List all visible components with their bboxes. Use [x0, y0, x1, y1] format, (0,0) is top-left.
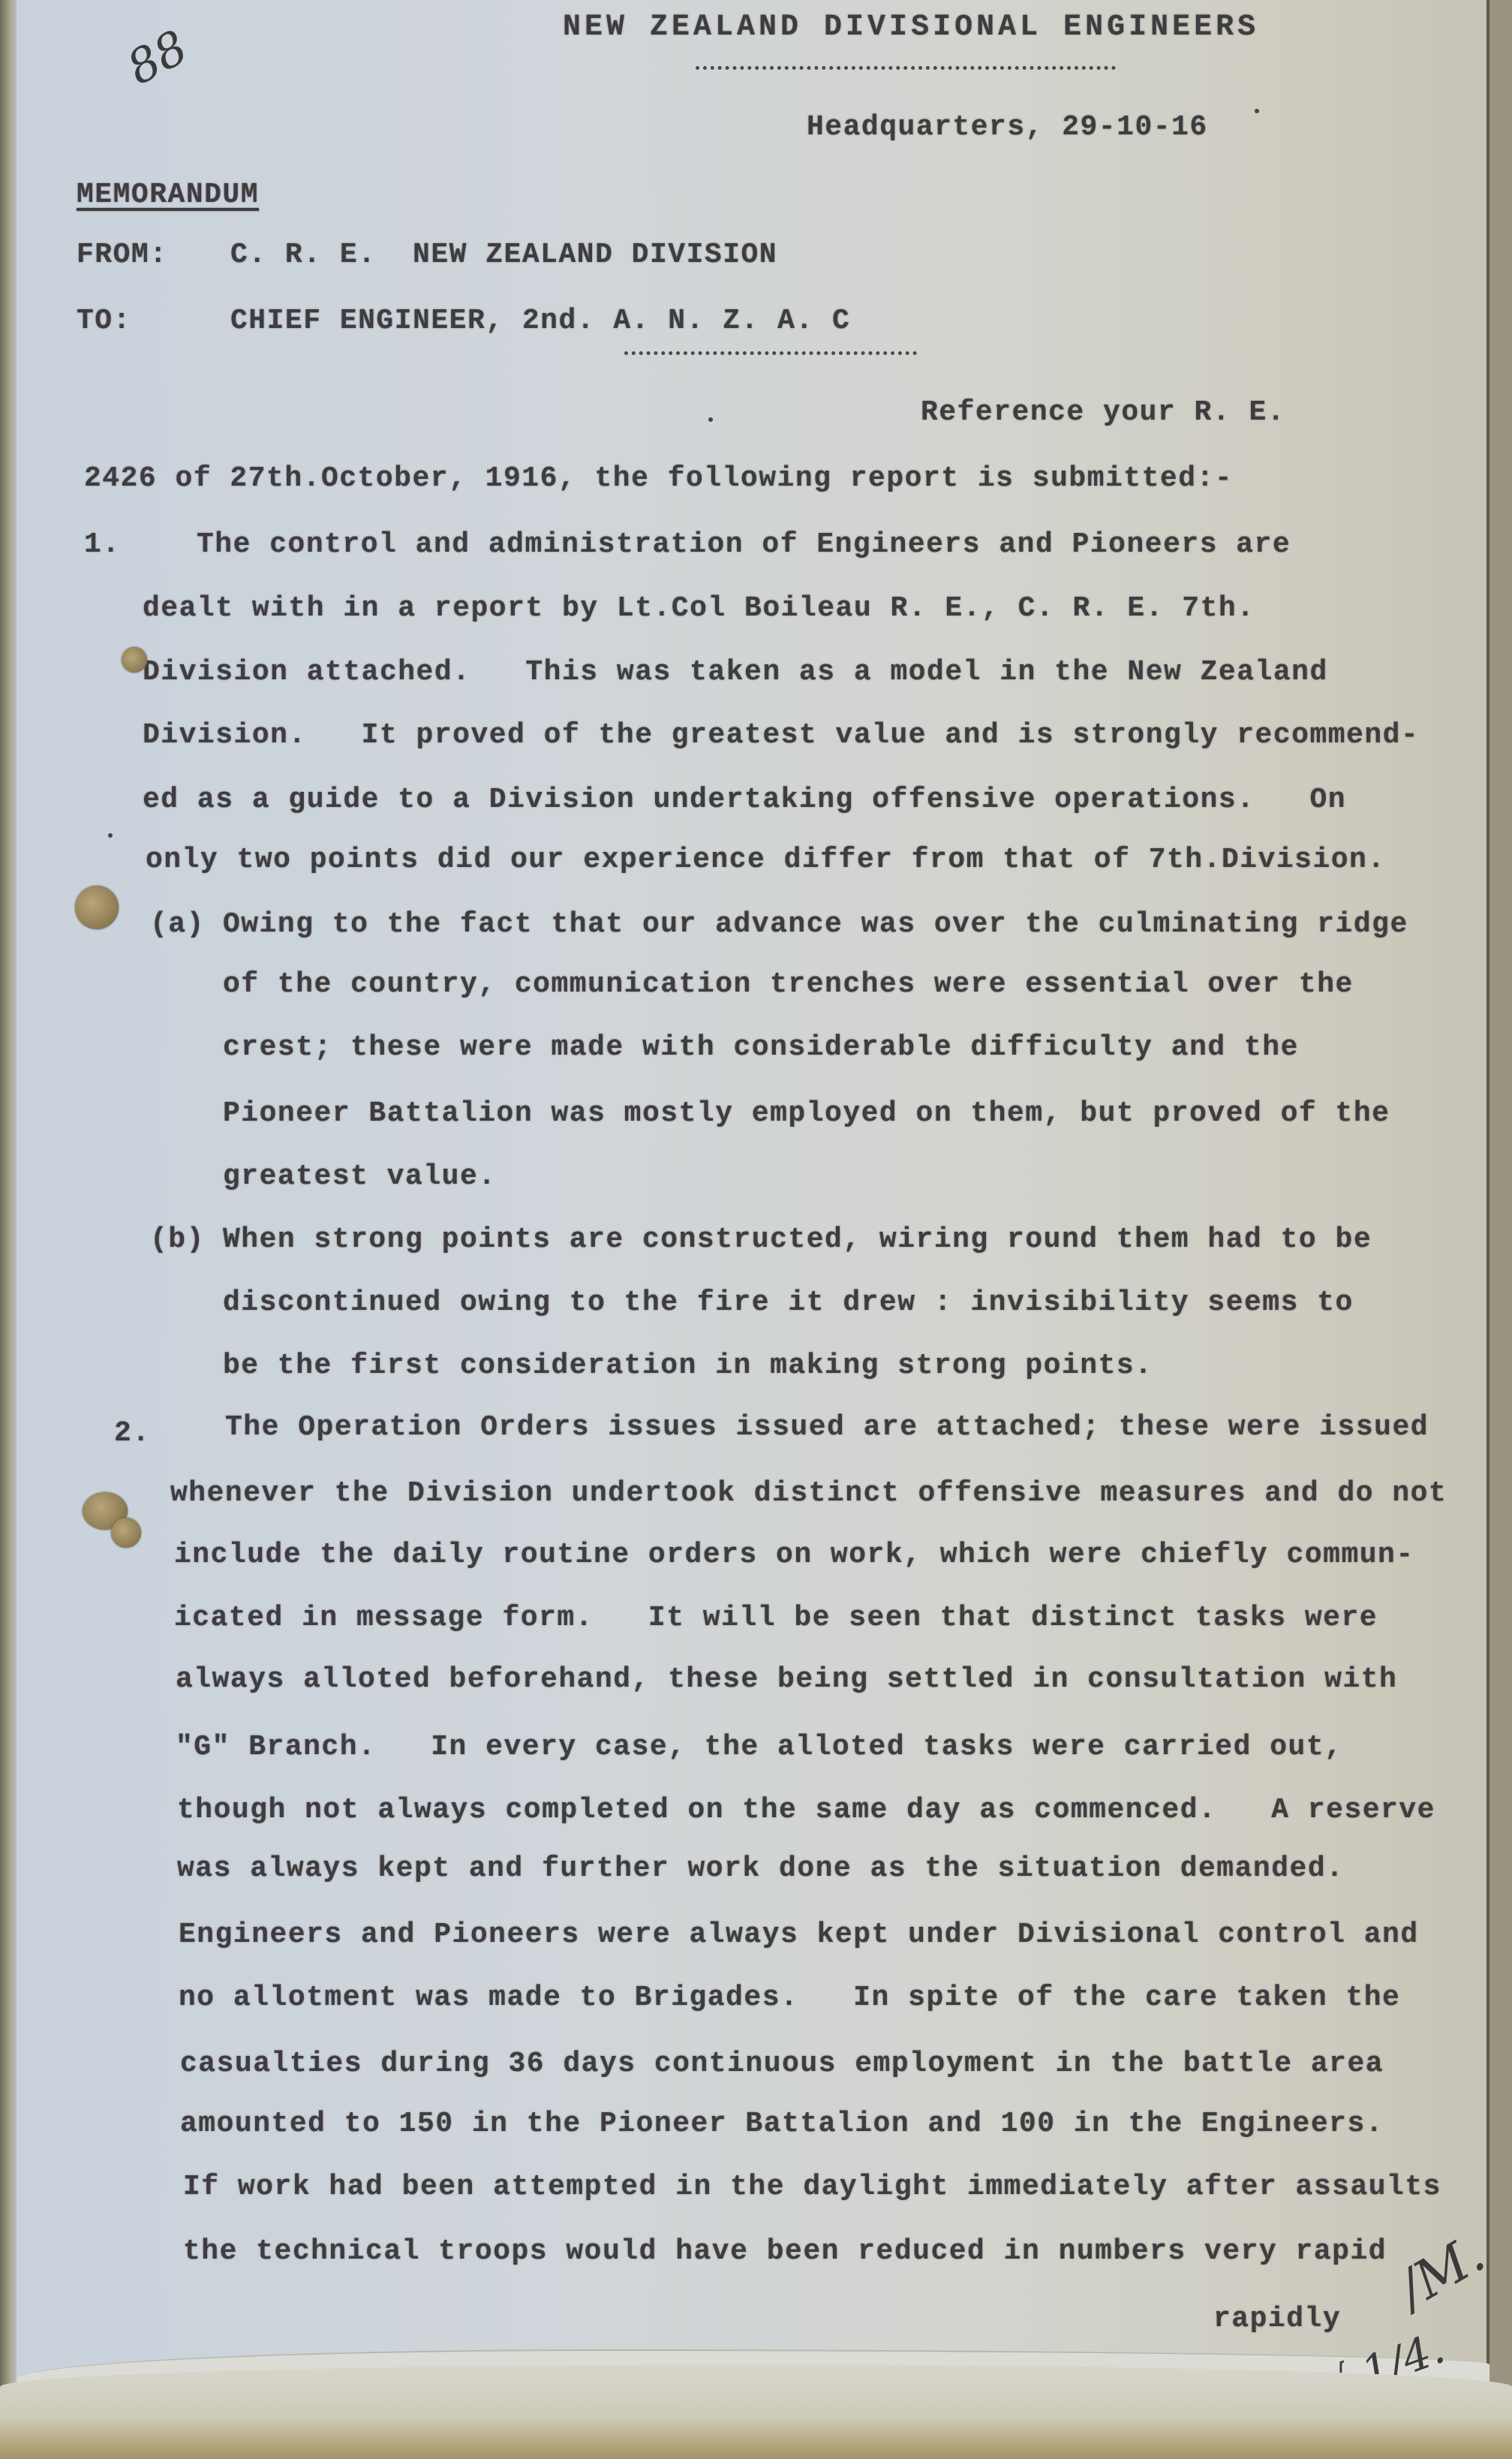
subitem-a-line: Pioneer Battalion was mostly employed on… — [223, 1097, 1390, 1130]
paragraph-2-line: casualties during 36 days continuous emp… — [180, 2048, 1384, 2080]
ink-speck — [1255, 109, 1259, 113]
handwritten-page-number: 88 — [118, 20, 196, 95]
handwritten-initials: /M. — [1387, 2223, 1495, 2320]
letterhead: NEW ZEALAND DIVISIONAL ENGINEERS — [563, 11, 1259, 44]
to-value: CHIEF ENGINEER, 2nd. A. N. Z. A. C — [230, 305, 850, 337]
paragraph-2-line: Engineers and Pioneers were always kept … — [179, 1919, 1419, 1951]
paragraph-2-line: though not always completed on the same … — [177, 1794, 1435, 1826]
subitem-a-line: Owing to the fact that our advance was o… — [223, 908, 1408, 941]
paragraph-2-number: 2. — [114, 1417, 151, 1449]
paragraph-1-number: 1. — [84, 528, 121, 561]
memo-page: 88 NEW ZEALAND DIVISIONAL ENGINEERS Head… — [17, 0, 1489, 2459]
to-label: TO: — [77, 305, 131, 337]
reference-line-1: Reference your R. E. — [921, 396, 1285, 429]
subitem-b-label: (b) — [150, 1223, 205, 1256]
paragraph-1-line: Division. It proved of the greatest valu… — [143, 719, 1419, 751]
scan-left-edge — [0, 0, 17, 2459]
paragraph-2-line: the technical troops would have been red… — [183, 2235, 1387, 2268]
paragraph-1-line: The control and administration of Engine… — [197, 528, 1291, 561]
ink-speck — [708, 417, 713, 422]
paragraph-2-line: The Operation Orders issues issued are a… — [225, 1411, 1429, 1443]
subitem-a-label: (a) — [150, 908, 205, 941]
subitem-a-line: crest; these were made with considerable… — [223, 1031, 1299, 1064]
subitem-b-line: be the first consideration in making str… — [223, 1350, 1153, 1382]
to-rule — [624, 351, 917, 355]
letterhead-rule — [696, 66, 1116, 70]
ink-speck — [108, 833, 113, 838]
paragraph-2-line: no allotment was made to Brigades. In sp… — [179, 1982, 1400, 2014]
punch-hole — [75, 886, 119, 929]
place-date: Headquarters, 29-10-16 — [807, 111, 1208, 143]
subitem-a-line: of the country, communication trenches w… — [223, 968, 1354, 1001]
catchword: rapidly — [1213, 2303, 1341, 2335]
paragraph-2-line: amounted to 150 in the Pioneer Battalion… — [180, 2108, 1384, 2140]
paragraph-1-line: dealt with in a report by Lt.Col Boileau… — [143, 592, 1255, 625]
subitem-b-line: When strong points are constructed, wiri… — [223, 1223, 1372, 1256]
paragraph-1-line: only two points did our experience diffe… — [146, 844, 1386, 876]
paragraph-2-line: If work had been attempted in the daylig… — [183, 2171, 1441, 2203]
paragraph-2-line: include the daily routine orders on work… — [174, 1539, 1414, 1571]
curled-page-bottom — [0, 2364, 1512, 2459]
punch-hole — [122, 647, 147, 673]
paragraph-1-line: ed as a guide to a Division undertaking … — [143, 784, 1346, 816]
from-label: FROM: — [77, 239, 168, 271]
punch-hole — [111, 1518, 141, 1548]
paragraph-2-line: was always kept and further work done as… — [177, 1853, 1344, 1885]
paragraph-2-line: always alloted beforehand, these being s… — [176, 1663, 1397, 1696]
paragraph-2-line: "G" Branch. In every case, the alloted t… — [176, 1731, 1342, 1763]
memo-heading: MEMORANDUM — [77, 179, 259, 211]
subitem-b-line: discontinued owing to the fire it drew :… — [223, 1287, 1354, 1319]
from-value: C. R. E. NEW ZEALAND DIVISION — [230, 239, 777, 271]
reference-line-2: 2426 of 27th.October, 1916, the followin… — [84, 462, 1233, 495]
subitem-a-line: greatest value. — [223, 1160, 497, 1193]
paragraph-1-line: Division attached. This was taken as a m… — [143, 656, 1328, 688]
paragraph-2-line: icated in message form. It will be seen … — [174, 1602, 1378, 1634]
paragraph-2-line: whenever the Division undertook distinct… — [170, 1477, 1447, 1509]
